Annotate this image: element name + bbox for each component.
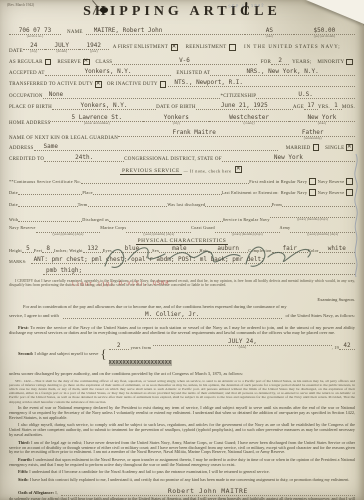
state-sublabel: (state) (289, 122, 355, 126)
eyes-value: blue (112, 245, 152, 253)
first-enlisted-rn-checkbox (309, 178, 316, 185)
cs-cert-label: **Continuous Service Certificate No. (9, 179, 81, 184)
married-checkbox (313, 144, 320, 151)
birthplace-label: PLACE OF BIRTH (9, 105, 52, 110)
last-rn-label: Regular Navy (281, 190, 307, 195)
article-fifth: Fifth: I understand that if I become a c… (9, 470, 355, 475)
inactive-duty-label: OR INACTIVE DUTY (107, 82, 158, 87)
first-enlistment-checkbox (171, 44, 178, 51)
sex-label: Sex (152, 248, 159, 253)
eyes-label: Eyes (103, 248, 112, 253)
kin-relationship-field: Father(relationship) (270, 129, 355, 141)
years-label: YEARS; (292, 60, 311, 65)
last-enlistment-label: Last Enlistment or Extension: (222, 190, 279, 195)
prev-row-4: With Discharged as Service in Regular Na… (9, 210, 355, 222)
rate-sublabel: (rate) (245, 35, 294, 39)
second-brace: { (100, 348, 106, 359)
sixth-text: I have had this contract fully explained… (30, 477, 350, 482)
article-sixth: Sixth: I have had this contract fully ex… (9, 478, 355, 483)
margin-annotation-ink (349, 150, 363, 280)
birthdate-field: June 21, 1925 (196, 102, 293, 110)
reserve-checkbox (83, 59, 90, 66)
birthdate-label: DATE OF BIRTH (156, 105, 196, 110)
class-field: V-6 (112, 57, 256, 65)
term-years-field: 2 (271, 57, 289, 65)
second-term-block: 2 years from JULY 24,(date) , 19 42 XXXX… (109, 338, 355, 369)
active-duty-checkbox (95, 81, 102, 88)
street-sublabel: (street and number) (50, 122, 143, 126)
third-text: I am of the legal age to enlist; I have … (9, 440, 355, 455)
fifth-label: Fifth: (18, 469, 28, 474)
service-number-sublabel: (service no.) (9, 35, 61, 39)
age-mos-label: MOS. (342, 105, 355, 110)
kin-relationship-sublabel: (relationship) (270, 137, 355, 141)
reenlistment-checkbox (229, 44, 236, 51)
prev-row-5: Navy Reserve (years) (months) (days) Mar… (9, 225, 355, 237)
blank-line (205, 199, 272, 207)
credited-value: 24th. (44, 154, 124, 162)
district-label: CONGRESSIONAL DISTRICT, STATE OF (124, 157, 222, 162)
blank-line (282, 199, 355, 207)
last-rn-checkbox (309, 189, 316, 196)
regular-label: AS REGULAR (9, 60, 43, 65)
officer-rank-stamp: Lieut.(jg) D-V(S), USNR (72, 281, 170, 288)
oath-label: Oath of Allegiance: (18, 490, 54, 495)
physical-row: Height 5 Feet 8 Inches; Weight 132 Eyes … (9, 245, 355, 253)
ymd-sublabel: (years) (months) (days) (36, 233, 101, 237)
single-label: SINGLE (325, 146, 344, 151)
kin-address-value: Same (34, 143, 278, 151)
district-state-field: New York (222, 154, 355, 162)
kin-address-label: ADDRESS (9, 146, 34, 151)
enlisted-value: NRS., New York, N.Y. (210, 68, 355, 76)
blank-line (93, 187, 222, 195)
form-revision-note: (Rev. March 1942) (7, 3, 34, 7)
article-first: First: To enter the service of the Navy … (9, 325, 355, 336)
city-field: Yonkers(city) (143, 114, 209, 126)
oath-row: Oath of Allegiance: I, Robert John MAITR… (9, 488, 355, 496)
first-text: To enter the service of the Navy of the … (9, 325, 355, 335)
eyes-field: blue (112, 245, 152, 253)
shipping-article-document: (Rev. March 1942) SEP 16 1942 SHIPPING A… (0, 0, 364, 500)
active-duty-row: TRANSFERRED TO ACTIVE DUTY OR INACTIVE D… (9, 79, 355, 87)
discharged-label: Was last discharged (167, 202, 205, 207)
ymd-sublabel: (years) (months) (days) (270, 218, 355, 222)
marine-field: (years) (months) (days) (126, 225, 191, 237)
second-from-label: years from (131, 345, 152, 350)
date-month-field: JULY(month) (45, 42, 79, 54)
kin-row: NAME OF NEXT KIN OR LEGAL GUARDIAN Frank… (9, 129, 355, 141)
agreement-post: of the United States Navy, as follows: (286, 313, 356, 318)
second-lead: Second: I oblige and subject myself to s… (9, 351, 98, 356)
coast-field: (years) (months) (days) (215, 225, 280, 237)
last-nr-label: Navy Reserve (318, 190, 345, 195)
first-enlisted-nr-label: Navy Reserve (318, 179, 345, 184)
blank-line (81, 176, 249, 184)
fifth-text: I understand that if I become a candidat… (29, 469, 269, 474)
feet-label: Feet (34, 248, 42, 253)
service-number-field: 706 07 73 (service no.) (9, 27, 61, 39)
marital-row: ADDRESS Same MARRIED SINGLE (9, 143, 355, 151)
prev-term-label: Term (78, 202, 88, 207)
date-enlistment-row: DATE 24(day) JULY(month) 1942(year) A FI… (9, 42, 355, 54)
class-label: CLASS (96, 60, 113, 65)
county-field: Westchester(county) (209, 114, 288, 126)
prev-row-2: Date Place Last Enlistment or Extension:… (9, 187, 355, 195)
accepted-field: Yonkers, N.Y. (45, 68, 172, 76)
discharged-as-label: Discharged as (82, 217, 109, 222)
station-value: NTS., Newport, R.I. (168, 79, 355, 87)
second-term-line: 2 years from JULY 24,(date) , 19 42 (109, 338, 355, 350)
second-date-sublabel: (date) (153, 346, 332, 350)
marks-label: MARKS: (9, 259, 27, 264)
enlisted-field: NRS., New York, N.Y. (210, 68, 355, 76)
date-label: DATE (9, 49, 23, 54)
age-years-field: 17 (304, 102, 318, 110)
birth-row: PLACE OF BIRTH Yonkers, N.Y. DATE OF BIR… (9, 102, 355, 110)
for-label: FOR (261, 60, 271, 65)
second-label: Second: (18, 351, 33, 356)
with-label: With (9, 217, 18, 222)
oath-lead: Oath of Allegiance: I, (9, 490, 58, 495)
occupation-value: None (43, 91, 221, 99)
enlisted-label: ENLISTED AT (176, 71, 210, 76)
previous-service-heading: PREVIOUS SERVICE — If none, check here (9, 166, 355, 175)
height-inches-value: 8 (42, 245, 54, 253)
reenlistment-label: REENLISTMENT (186, 45, 227, 50)
army-label: Army (280, 225, 291, 230)
second-year-value: 42 (339, 342, 355, 350)
service-rn-label: Service in Regular Navy (223, 217, 270, 222)
officer-name-value: M. Collier, Jr. (63, 311, 282, 319)
service-rn-field: (years) (months) (days) (270, 210, 355, 222)
age-months-field: 1 (330, 102, 342, 110)
marks-row-2: pmb thigh; (9, 267, 355, 275)
credited-field: 24th. (44, 154, 124, 162)
complexion-field: fair (272, 245, 308, 253)
marks-value-1: ANT: pmr chest; pml chest; opal"r abdm; … (31, 256, 355, 264)
second-struck-text: XXXXXXXXXXXXXXXXXX (109, 360, 172, 366)
war-paragraph: In the event of war or National emergenc… (9, 406, 355, 421)
ymd-sublabel: (years) (months) (days) (215, 233, 280, 237)
active-duty-label: TRANSFERRED TO ACTIVE DUTY (9, 82, 93, 87)
second-date-field: JULY 24,(date) (153, 338, 332, 350)
marks-row-1: MARKS: ANT: pmr chest; pml chest; opal"r… (9, 256, 355, 264)
first-enlisted-label: First enlisted in Regular Navy (249, 179, 307, 184)
blank-line (88, 199, 168, 207)
accepted-value: Yonkers, N.Y. (45, 68, 172, 76)
birthdate-value: June 21, 1925 (196, 102, 293, 110)
prev-place-label: Place (82, 190, 92, 195)
agreement-line: service, I agree to and with M. Collier,… (9, 311, 355, 319)
class-row: AS REGULAR RESERVE CLASS V-6 FOR 2 YEARS… (9, 57, 355, 65)
pay-field: $50.00 (pay per month) (294, 27, 355, 39)
oath-name-field: Robert John MAITRE (61, 488, 355, 496)
age-years-value: 17 (304, 102, 318, 110)
prev-row-3: Date Term Was last discharged From (9, 199, 355, 207)
date-day-sublabel: (day) (23, 50, 45, 54)
height-feet-value: 5 (22, 245, 34, 253)
previous-none-note: — If none, check here (184, 168, 232, 173)
ymd-sublabel: (years) (months) (days) (126, 233, 191, 237)
marks-value-2: pmb thigh; (43, 267, 355, 275)
prev-date-label: Date (9, 190, 18, 195)
second-year-field: 42 (339, 342, 355, 350)
nr-label: Navy Reserve (9, 225, 36, 230)
physical-heading: PHYSICAL CHARACTERISTICS (9, 238, 355, 244)
station-field: NTS., Newport, R.I. (168, 79, 355, 87)
oath-text: do solemnly swear (or affirm) that I wil… (9, 497, 355, 500)
second-struck-line: XXXXXXXXXXXXXXXXXX (109, 351, 355, 369)
second-years-field: 2 (109, 342, 129, 350)
citizenship-label: *CITIZENSHIP (220, 94, 256, 99)
nr-field: (years) (months) (days) (36, 225, 101, 237)
class-value: V-6 (112, 57, 256, 65)
second-pre: I oblige and subject myself to serve (34, 351, 98, 356)
hair-value: auburn (208, 245, 248, 253)
age-months-value: 1 (330, 102, 342, 110)
sex-value: male (159, 245, 199, 253)
article-fourth: Fourth: I understand that upon enlistmen… (9, 458, 355, 468)
inactive-duty-checkbox (160, 81, 167, 88)
complexion-value: fair (272, 245, 308, 253)
blank-line (18, 187, 82, 195)
weight-value: 132 (83, 245, 103, 253)
agreement-pre: For and in consideration of the pay and … (9, 304, 355, 309)
sec1422-paragraph: SEC. 1422.—That it shall be the duty of … (9, 379, 355, 404)
name-field: MAITRE, Robert John (86, 27, 245, 39)
blank-line (109, 214, 223, 222)
accepted-row: ACCEPTED AT Yonkers, N.Y. ENLISTED AT NR… (9, 68, 355, 76)
previous-service-title: PREVIOUS SERVICE (120, 168, 182, 175)
citizenship-field: U.S. (256, 91, 355, 99)
state-field: New York(state) (289, 114, 355, 126)
weight-field: 132 (83, 245, 103, 253)
hair-label: Hair (200, 248, 208, 253)
identity-row: 706 07 73 (service no.) NAME MAITRE, Rob… (9, 27, 355, 39)
fourth-text: I understand that upon enlistment in the… (9, 457, 355, 467)
occupation-row: OCCUPATION None *CITIZENSHIP U.S. (9, 91, 355, 99)
physical-title: PHYSICAL CHARACTERISTICS (136, 238, 229, 245)
age-label: AGE (293, 105, 304, 110)
page-corner-fold (306, 0, 364, 24)
agreement-lead: service, I agree to and with (9, 313, 59, 318)
examining-surgeon-label: Examining Surgeon. (9, 297, 355, 302)
sex-field: male (159, 245, 199, 253)
occupation-field: None (43, 91, 221, 99)
second-years-value: 2 (109, 342, 129, 350)
regular-checkbox (45, 59, 52, 66)
oath-name-value: Robert John MAITRE (61, 488, 355, 496)
date-year-field: 1942(year) (79, 42, 109, 54)
coast-label: Coast Guard (191, 225, 215, 230)
kin-field: Frank Maitre (118, 129, 270, 141)
county-sublabel: (county) (209, 122, 288, 126)
minority-checkbox (346, 59, 353, 66)
home-address-label: HOME ADDRESS (9, 121, 50, 126)
oath-pre: I, (55, 490, 58, 495)
also-paragraph: I also oblige myself, during such servic… (9, 423, 355, 438)
date-day-field: 24(day) (23, 42, 45, 54)
street-field: 5 Lawrence St.(street and number) (50, 114, 143, 126)
date-year-sublabel: (year) (79, 50, 109, 54)
kin-address-field: Same (34, 143, 278, 151)
ymd-sublabel: (years) (months) (days) (290, 233, 355, 237)
kin-label: NAME OF NEXT KIN OR LEGAL GUARDIAN (9, 136, 118, 141)
rate-field: AS (rate) (245, 27, 294, 39)
blank-line (18, 214, 82, 222)
birthplace-field: Yonkers, N.Y. (52, 102, 156, 110)
accepted-label: ACCEPTED AT (9, 71, 45, 76)
second-post: unless sooner discharged by proper autho… (9, 371, 355, 376)
certify-paragraph: I CERTIFY that I have carefully examined… (9, 279, 355, 288)
hair-field: auburn (208, 245, 248, 253)
birthplace-value: Yonkers, N.Y. (52, 102, 156, 110)
term-years-value: 2 (271, 57, 289, 65)
district-state-value: New York (222, 154, 355, 162)
officer-name-field: M. Collier, Jr. (63, 311, 282, 319)
age-yrs-label: YRS. (318, 105, 330, 110)
name-label: NAME (67, 30, 83, 35)
blank-line (18, 199, 78, 207)
from-label: From (272, 202, 282, 207)
height-label: Height (9, 248, 22, 253)
credited-row: CREDITED TO 24th. CONGRESSIONAL DISTRICT… (9, 154, 355, 162)
height-inches-field: 8 (42, 245, 54, 253)
sixth-label: Sixth: (18, 477, 29, 482)
marine-label: Marine Corps (100, 225, 126, 230)
first-label: First: (18, 325, 29, 330)
prev-row-1: **Continuous Service Certificate No. Fir… (9, 176, 355, 184)
first-enlistment-label: A FIRST ENLISTMENT (113, 45, 168, 50)
date-month-sublabel: (month) (45, 50, 79, 54)
article-second-row: Second: I oblige and subject myself to s… (9, 338, 355, 369)
previous-none-checkbox (235, 166, 242, 173)
prev-date2-label: Date (9, 202, 18, 207)
height-feet-field: 5 (22, 245, 34, 253)
home-address-row: HOME ADDRESS 5 Lawrence St.(street and n… (9, 114, 355, 126)
credited-label: CREDITED TO (9, 157, 44, 162)
city-sublabel: (city) (143, 122, 209, 126)
navy-tail-label: IN THE UNITED STATES NAVY; (244, 45, 355, 50)
reserve-label: RESERVE (57, 60, 81, 65)
article-third: Third: I am of the legal age to enlist; … (9, 441, 355, 456)
pay-sublabel: (pay per month) (294, 35, 355, 39)
marks-field-2: pmb thigh; (43, 267, 355, 275)
inches-label: Inches; Weight (54, 248, 83, 253)
color-label: Color (308, 248, 319, 253)
second-year-pre: , 19 (332, 345, 339, 350)
minority-label: MINORITY (317, 60, 344, 65)
marks-field-1: ANT: pmr chest; pml chest; opal"r abdm; … (31, 256, 355, 264)
married-label: MARRIED (286, 146, 311, 151)
complexion-label: Complexion (248, 248, 271, 253)
army-field: (years) (months) (days) (290, 225, 355, 237)
occupation-label: OCCUPATION (9, 94, 43, 99)
citizenship-value: U.S. (256, 91, 355, 99)
